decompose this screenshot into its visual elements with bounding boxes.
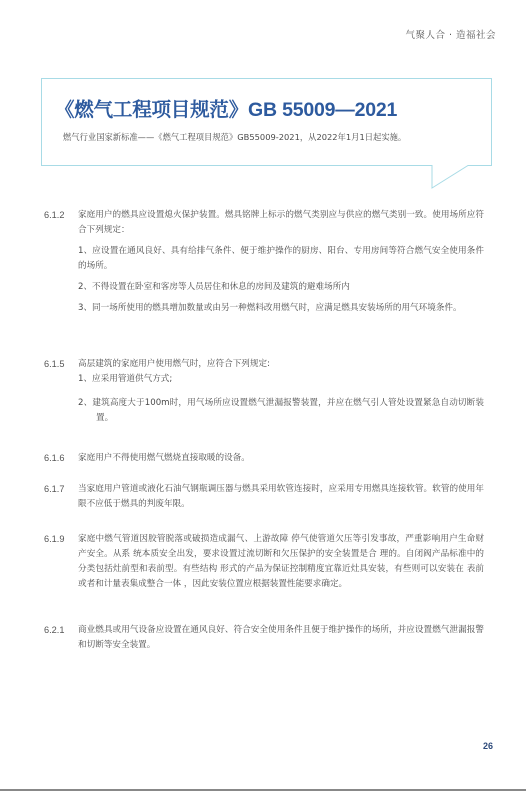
clause-item: 3、同一场所使用的燃具增加数量或由另一种燃料改用燃气时，应满足燃具安装场所的用气…: [78, 301, 484, 316]
clause-item: 1、应设置在通风良好、具有给排气条件、便于维护操作的厨房、阳台、专用房间等符合燃…: [78, 244, 484, 274]
clause-text: 家庭用户的燃具应设置熄火保护装置。燃具铭牌上标示的燃气类别应与供应的燃气类别一致…: [78, 208, 484, 238]
clause-number: 6.1.6: [44, 451, 78, 466]
clause-number: 6.1.9: [44, 532, 78, 547]
clause-6-1-5: 6.1.5 高层建筑的家庭用户使用燃气时，应符合下列规定: 1、应采用管道供气方…: [44, 357, 484, 426]
header-slogan: 气聚人合 · 造福社会: [405, 27, 496, 41]
standard-callout-box: 《燃气工程项目规范》GB 55009—2021 燃气行业国家新标准——《燃气工程…: [41, 78, 492, 188]
clause-item: 2、建筑高度大于100m时，用气场所应设置燃气泄漏报警装置，并应在燃气引人管处设…: [78, 396, 484, 426]
clause-6-1-9: 6.1.9 家庭中燃气管道因胶管脱落或破损造成漏气、上游故障 停气使管道欠压等引…: [44, 532, 484, 592]
callout-title: 《燃气工程项目规范》GB 55009—2021: [55, 94, 397, 122]
clause-text: 高层建筑的家庭用户使用燃气时，应符合下列规定:: [78, 357, 484, 372]
clause-text: 家庭用户不得使用燃气燃烧直接取暖的设备。: [78, 451, 484, 466]
clause-text: 商业燃具或用气设备应设置在通风良好、符合安全使用条件且便于维护操作的场所，并应设…: [78, 623, 484, 653]
clause-number: 6.2.1: [44, 623, 78, 638]
clause-number: 6.1.5: [44, 357, 78, 372]
clause-item: 2、不得设置在卧室和客房等人员居住和休息的房间及建筑的避难场所内: [78, 280, 484, 295]
clause-text: 当家庭用户管道或液化石油气钢瓶调压器与燃具采用软管连接时，应采用专用燃具连接软管…: [78, 482, 484, 512]
clause-6-1-6: 6.1.6 家庭用户不得使用燃气燃烧直接取暖的设备。: [44, 451, 484, 466]
callout-subtitle: 燃气行业国家新标准——《燃气工程项目规范》GB55009-2021，从2022年…: [63, 131, 406, 143]
clause-6-1-2: 6.1.2 家庭用户的燃具应设置熄火保护装置。燃具铭牌上标示的燃气类别应与供应的…: [44, 208, 484, 316]
page-number: 26: [483, 741, 493, 751]
clause-item: 1、应采用管道供气方式;: [78, 372, 484, 387]
clause-number: 6.1.2: [44, 208, 78, 223]
clause-6-2-1: 6.2.1 商业燃具或用气设备应设置在通风良好、符合安全使用条件且便于维护操作的…: [44, 623, 484, 653]
clause-text: 家庭中燃气管道因胶管脱落或破损造成漏气、上游故障 停气使管道欠压等引发事故，严重…: [78, 532, 484, 592]
clause-6-1-7: 6.1.7 当家庭用户管道或液化石油气钢瓶调压器与燃具采用软管连接时，应采用专用…: [44, 482, 484, 512]
clause-number: 6.1.7: [44, 482, 78, 497]
